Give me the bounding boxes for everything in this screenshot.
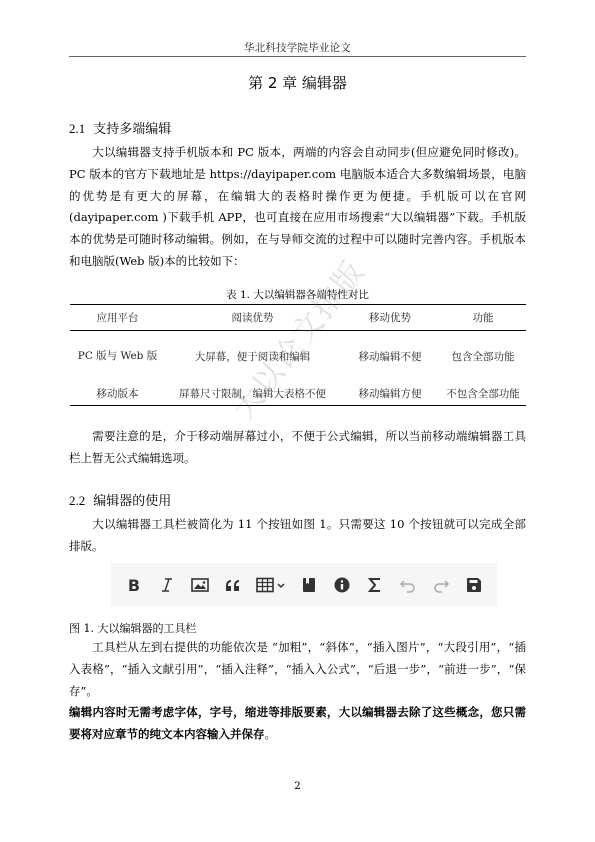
table-header-cell: 应用平台	[70, 310, 165, 325]
table-bottom-rule	[70, 405, 526, 406]
table-icon	[256, 577, 286, 593]
paragraph-end-punctuation: 。	[265, 727, 277, 741]
insert-reference-button[interactable]	[297, 573, 321, 597]
editor-toolbar-figure: B	[111, 563, 497, 606]
running-header: 华北科技学院毕业论文	[0, 40, 595, 55]
italic-button[interactable]	[155, 573, 179, 597]
section-heading-2-1: 2.1支持多端编辑	[69, 118, 171, 137]
insert-formula-button[interactable]	[363, 573, 387, 597]
paragraph-mobile-note: 需要注意的是，介于移动端屏幕过小，不便于公式编辑，所以当前移动端编辑器工具栏上暂…	[69, 426, 526, 470]
table-header-cell: 移动优势	[340, 310, 440, 325]
insert-image-button[interactable]	[188, 573, 212, 597]
paragraph-multi-platform: 大以编辑器支持手机版本和 PC 版本，两端的内容会自动同步(但应避免同时修改)。…	[69, 142, 526, 273]
info-icon	[334, 577, 350, 593]
image-icon	[191, 577, 209, 593]
book-icon	[301, 577, 317, 593]
block-quote-button[interactable]	[221, 573, 245, 597]
table-cell: 移动编辑方便	[340, 386, 440, 401]
redo-button[interactable]	[429, 573, 453, 597]
italic-icon	[159, 577, 175, 593]
page-number: 2	[0, 780, 595, 792]
table-cell: 包含全部功能	[440, 349, 526, 364]
save-button[interactable]	[462, 573, 486, 597]
section-heading-2-2: 2.2编辑器的使用	[69, 490, 171, 509]
paragraph-toolbar-functions: 工具栏从左到右提供的功能依次是 “加粗”，“斜体”，“插入图片”，“大段引用”，…	[69, 637, 526, 746]
table-cell: 移动版本	[70, 386, 165, 401]
sigma-icon	[368, 577, 382, 593]
insert-note-button[interactable]	[330, 573, 354, 597]
paragraph-text: 大以编辑器支持手机版本和 PC 版本，两端的内容会自动同步(但应避免同时修改)。…	[69, 145, 526, 268]
table-row: 移动版本 屏幕尺寸限制，编辑大表格不便 移动编辑方便 不包含全部功能	[70, 381, 526, 405]
section-title-text: 支持多端编辑	[93, 122, 171, 137]
save-icon	[466, 577, 482, 593]
table-cell: PC 版与 Web 版	[70, 346, 165, 366]
undo-icon	[399, 577, 417, 593]
section-title-text: 编辑器的使用	[93, 494, 171, 509]
insert-table-button[interactable]	[254, 573, 288, 597]
chapter-title: 第 2 章 编辑器	[0, 72, 595, 93]
bold-icon: B	[126, 577, 142, 593]
paragraph-text: 工具栏从左到右提供的功能依次是 “加粗”，“斜体”，“插入图片”，“大段引用”，…	[69, 640, 526, 698]
quote-icon	[224, 577, 242, 593]
paragraph-text: 大以编辑器工具栏被简化为 11 个按钮如图 1。只需要这 10 个按钮就可以完成…	[69, 517, 526, 553]
undo-button[interactable]	[396, 573, 420, 597]
bold-emphasis-text: 编辑内容时无需考虑字体，字号，缩进等排版要素，大以编辑器去除了这些概念，您只需要…	[69, 705, 526, 741]
table-cell: 移动编辑不便	[340, 349, 440, 364]
section-number: 2.2	[69, 493, 85, 508]
svg-text:B: B	[127, 577, 139, 593]
paragraph-editor-usage: 大以编辑器工具栏被简化为 11 个按钮如图 1。只需要这 10 个按钮就可以完成…	[69, 514, 526, 558]
header-rule	[69, 56, 526, 57]
bold-button[interactable]: B	[122, 573, 146, 597]
table-header-cell: 功能	[440, 310, 526, 325]
table-cell: 不包含全部功能	[440, 386, 526, 401]
section-number: 2.1	[69, 121, 85, 136]
paragraph-text: 需要注意的是，介于移动端屏幕过小，不便于公式编辑，所以当前移动端编辑器工具栏上暂…	[69, 429, 526, 465]
figure-caption: 图 1. 大以编辑器的工具栏	[69, 620, 197, 636]
redo-icon	[432, 577, 450, 593]
